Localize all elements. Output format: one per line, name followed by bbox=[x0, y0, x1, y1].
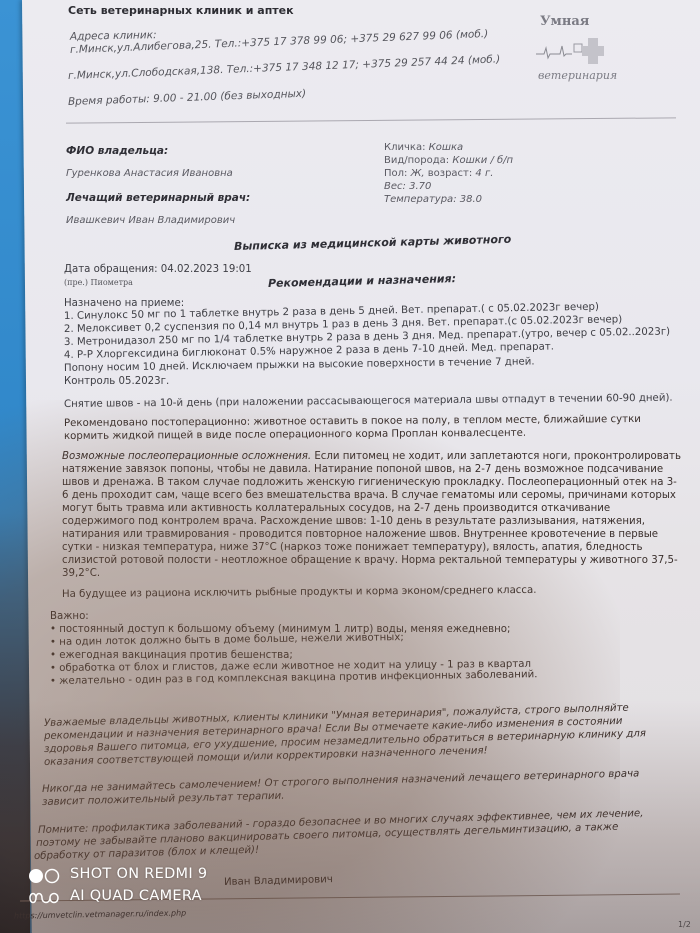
complications-title: Возможные послеоперационные осложнения. bbox=[62, 451, 311, 462]
pet-temp-value: 38.0 bbox=[460, 194, 482, 205]
pet-species-value: Кошки / б/п bbox=[452, 155, 513, 166]
pet-sex-age-row: Пол: Ж, возраст: 4 г. bbox=[384, 168, 493, 179]
complications-line: 39,2°С. bbox=[62, 567, 100, 580]
owner-label: ФИО владельца: bbox=[66, 145, 168, 157]
complications-line: швов и дренажа. В таком случае подложить… bbox=[62, 476, 677, 489]
complications-line: слизистой ротовой полости - неотложное о… bbox=[62, 554, 678, 567]
diet-note: На будущее из рациона исключить рыбные п… bbox=[62, 584, 537, 601]
pet-name-row: Кличка: Кошка bbox=[384, 142, 463, 153]
pet-sex-label: Пол: bbox=[384, 168, 407, 179]
visit-date: Дата обращения: 04.02.2023 19:01 bbox=[64, 263, 252, 276]
pet-temp-row: Температура: 38.0 bbox=[384, 194, 482, 205]
clinic-logo: Умная ветеринария bbox=[540, 14, 630, 74]
record-title: Выписка из медицинской карты животного bbox=[234, 233, 512, 253]
diagnosis: (пре.) Пиометра bbox=[64, 278, 133, 287]
page-number: 1/2 bbox=[678, 920, 691, 929]
watermark-line-1: SHOT ON REDMI 9 bbox=[70, 866, 207, 882]
complications-line: могут быть травма или активность коллате… bbox=[62, 502, 610, 515]
working-hours: Время работы: 9.00 - 21.00 (без выходных… bbox=[68, 88, 306, 108]
owner-name: Гуренкова Анастасия Ивановна bbox=[66, 168, 233, 179]
complications-line: Возможные послеоперационные осложнения. … bbox=[62, 450, 681, 463]
pet-weight-row: Вес: 3.70 bbox=[384, 181, 431, 192]
pet-weight-label: Вес: bbox=[384, 181, 406, 192]
logo-text-top: Умная bbox=[540, 14, 589, 29]
watermark-line-2: AI QUAD CAMERA bbox=[70, 888, 202, 904]
important-label: Важно: bbox=[50, 610, 89, 623]
infinity-icon bbox=[28, 890, 64, 906]
clinic-address-2: г.Минск,ул.Слободская,138. Тел.:+375 17 … bbox=[68, 53, 501, 82]
pet-age-value: 4 г. bbox=[475, 168, 493, 179]
complications-line: содержимого под контролем врача. Расхожд… bbox=[62, 515, 645, 528]
pet-species-label: Вид/порода: bbox=[384, 155, 449, 166]
pet-name-value: Кошка bbox=[429, 142, 464, 153]
document: Сеть ветеринарных клиник и аптек Адреса … bbox=[0, 0, 700, 933]
complications-line: натяжение завязок попоны, чтобы не давил… bbox=[62, 463, 663, 476]
pet-name-label: Кличка: bbox=[384, 142, 425, 153]
postop-line: кормить жидкой пищей в виде после операц… bbox=[64, 427, 526, 443]
pet-species-row: Вид/порода: Кошки / б/п bbox=[384, 155, 513, 166]
logo-text-bottom: ветеринария bbox=[538, 69, 617, 82]
footer-url: https://umvetclin.vetmanager.ru/index.ph… bbox=[14, 908, 186, 920]
control-date: Контроль 05.2023г. bbox=[64, 375, 169, 388]
pet-sex-value: Ж, bbox=[411, 168, 425, 179]
complications-line: 6 день проходит сам, чаще всего без вмеш… bbox=[62, 489, 676, 502]
doctor-name: Ивашкевич Иван Владимирович bbox=[66, 215, 235, 226]
suture-removal: Снятие швов - на 10-й день (при наложени… bbox=[64, 392, 673, 411]
self-treatment-warning: Никогда не занимайтесь самолечением! От … bbox=[42, 767, 640, 796]
recommendations-title: Рекомендации и назначения: bbox=[268, 272, 456, 290]
camera-dots-icon bbox=[28, 868, 64, 884]
pet-temp-label: Температура: bbox=[384, 194, 457, 205]
heartbeat-cross-icon bbox=[536, 36, 616, 66]
doctor-label: Лечащий ветеринарный врач: bbox=[66, 192, 250, 204]
pet-age-label: возраст: bbox=[428, 168, 473, 179]
complications-line: натирания или травмирования - проводится… bbox=[62, 528, 658, 541]
header-divider bbox=[66, 117, 676, 123]
complications-line: сутки - низкая температура, ниже 37°С (н… bbox=[62, 541, 642, 554]
clinic-network-title: Сеть ветеринарных клиник и аптек bbox=[68, 4, 294, 17]
signature-name: Иван Владимирович bbox=[224, 873, 333, 889]
pet-weight-value: 3.70 bbox=[409, 181, 431, 192]
